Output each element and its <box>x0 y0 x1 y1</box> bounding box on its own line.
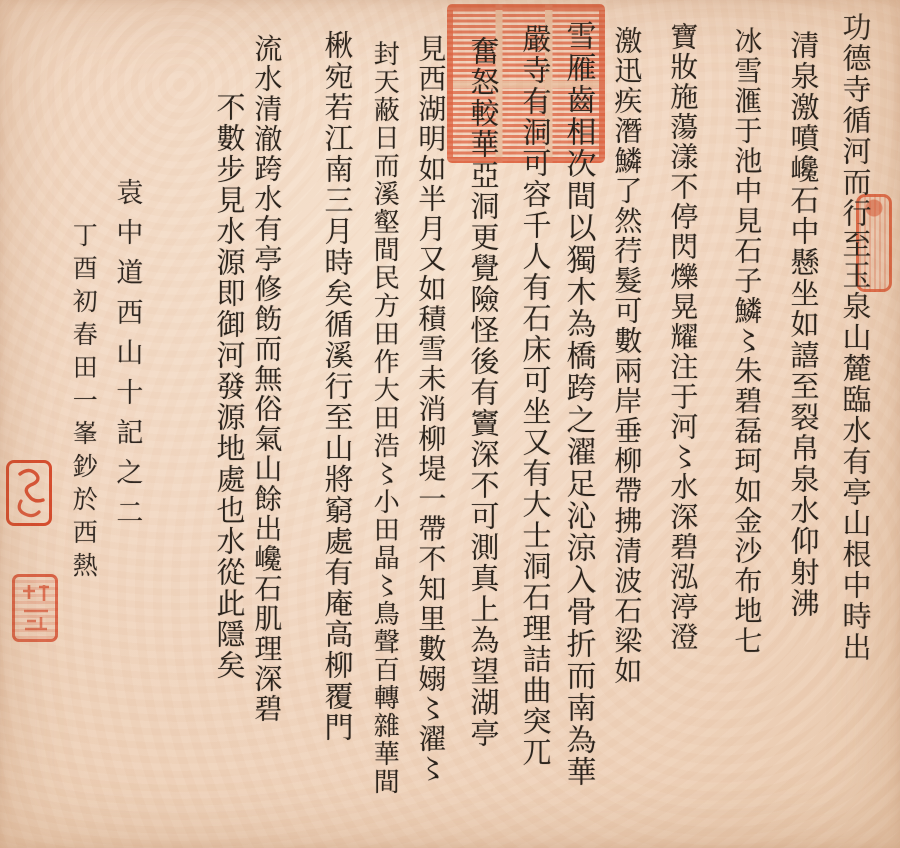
text-column-10: 封天蔽日而溪壑間民方田作大田浩〻小田晶〻鳥聲百轉雜華間 <box>370 40 397 796</box>
text-column-7: 嚴寺有洞可容千人有石床可坐又有大士洞石理詰曲突兀 <box>520 24 550 768</box>
left-upper-seal <box>6 460 52 526</box>
text-column-4: 寶妝施蕩漾不停閃爍晃耀注于河〻水深碧泓渟澄 <box>668 22 697 652</box>
text-column-13: 不數步見水源即御河發源地處也水從此隱矣 <box>214 92 244 681</box>
text-column-2: 清泉激噴巉石中懸坐如譆至裂帛泉水仰射沸 <box>788 30 818 619</box>
manuscript-page: 功德寺循河而行至玉泉山麓臨水有亭山根中時出 清泉激噴巉石中懸坐如譆至裂帛泉水仰射… <box>0 0 900 848</box>
text-column-9: 見西湖明如半月又如積雪未消柳堤一帶不知里數嫋〻濯〻 <box>416 34 445 784</box>
text-column-1: 功德寺循河而行至玉泉山麓臨水有亭山根中時出 <box>840 12 870 663</box>
colophon-copyist-line: 丁酉初春田一峯鈔於西熱 <box>70 222 96 585</box>
text-column-8: 奮怒較華亞洞更覺險怪後有竇深不可測真上為望湖亭 <box>468 36 498 749</box>
text-column-5: 激迅疾潛鱗了然荇髮可數兩岸垂柳帶拂清波石梁如 <box>612 26 641 686</box>
left-lower-seal <box>12 574 58 642</box>
seal-glyph-marks <box>15 577 55 639</box>
text-column-3: 冰雪滙于池中見石子鱗〻朱碧磊珂如金沙布地七 <box>732 26 761 656</box>
colophon-title-line: 袁中道西山十記之二 <box>112 178 140 538</box>
text-column-11: 楸宛若江南三月時矣循溪行至山將窮處有庵高柳覆門 <box>322 30 352 743</box>
seal-glyph-squiggle <box>9 463 49 523</box>
text-column-6: 雪雁齒相次間以獨木為橋跨之濯足沁涼入骨折而南為華 <box>562 20 594 788</box>
text-column-12: 流水清澈跨水有亭修飭而無俗氣山餘出巉石肌理深碧 <box>252 34 281 724</box>
